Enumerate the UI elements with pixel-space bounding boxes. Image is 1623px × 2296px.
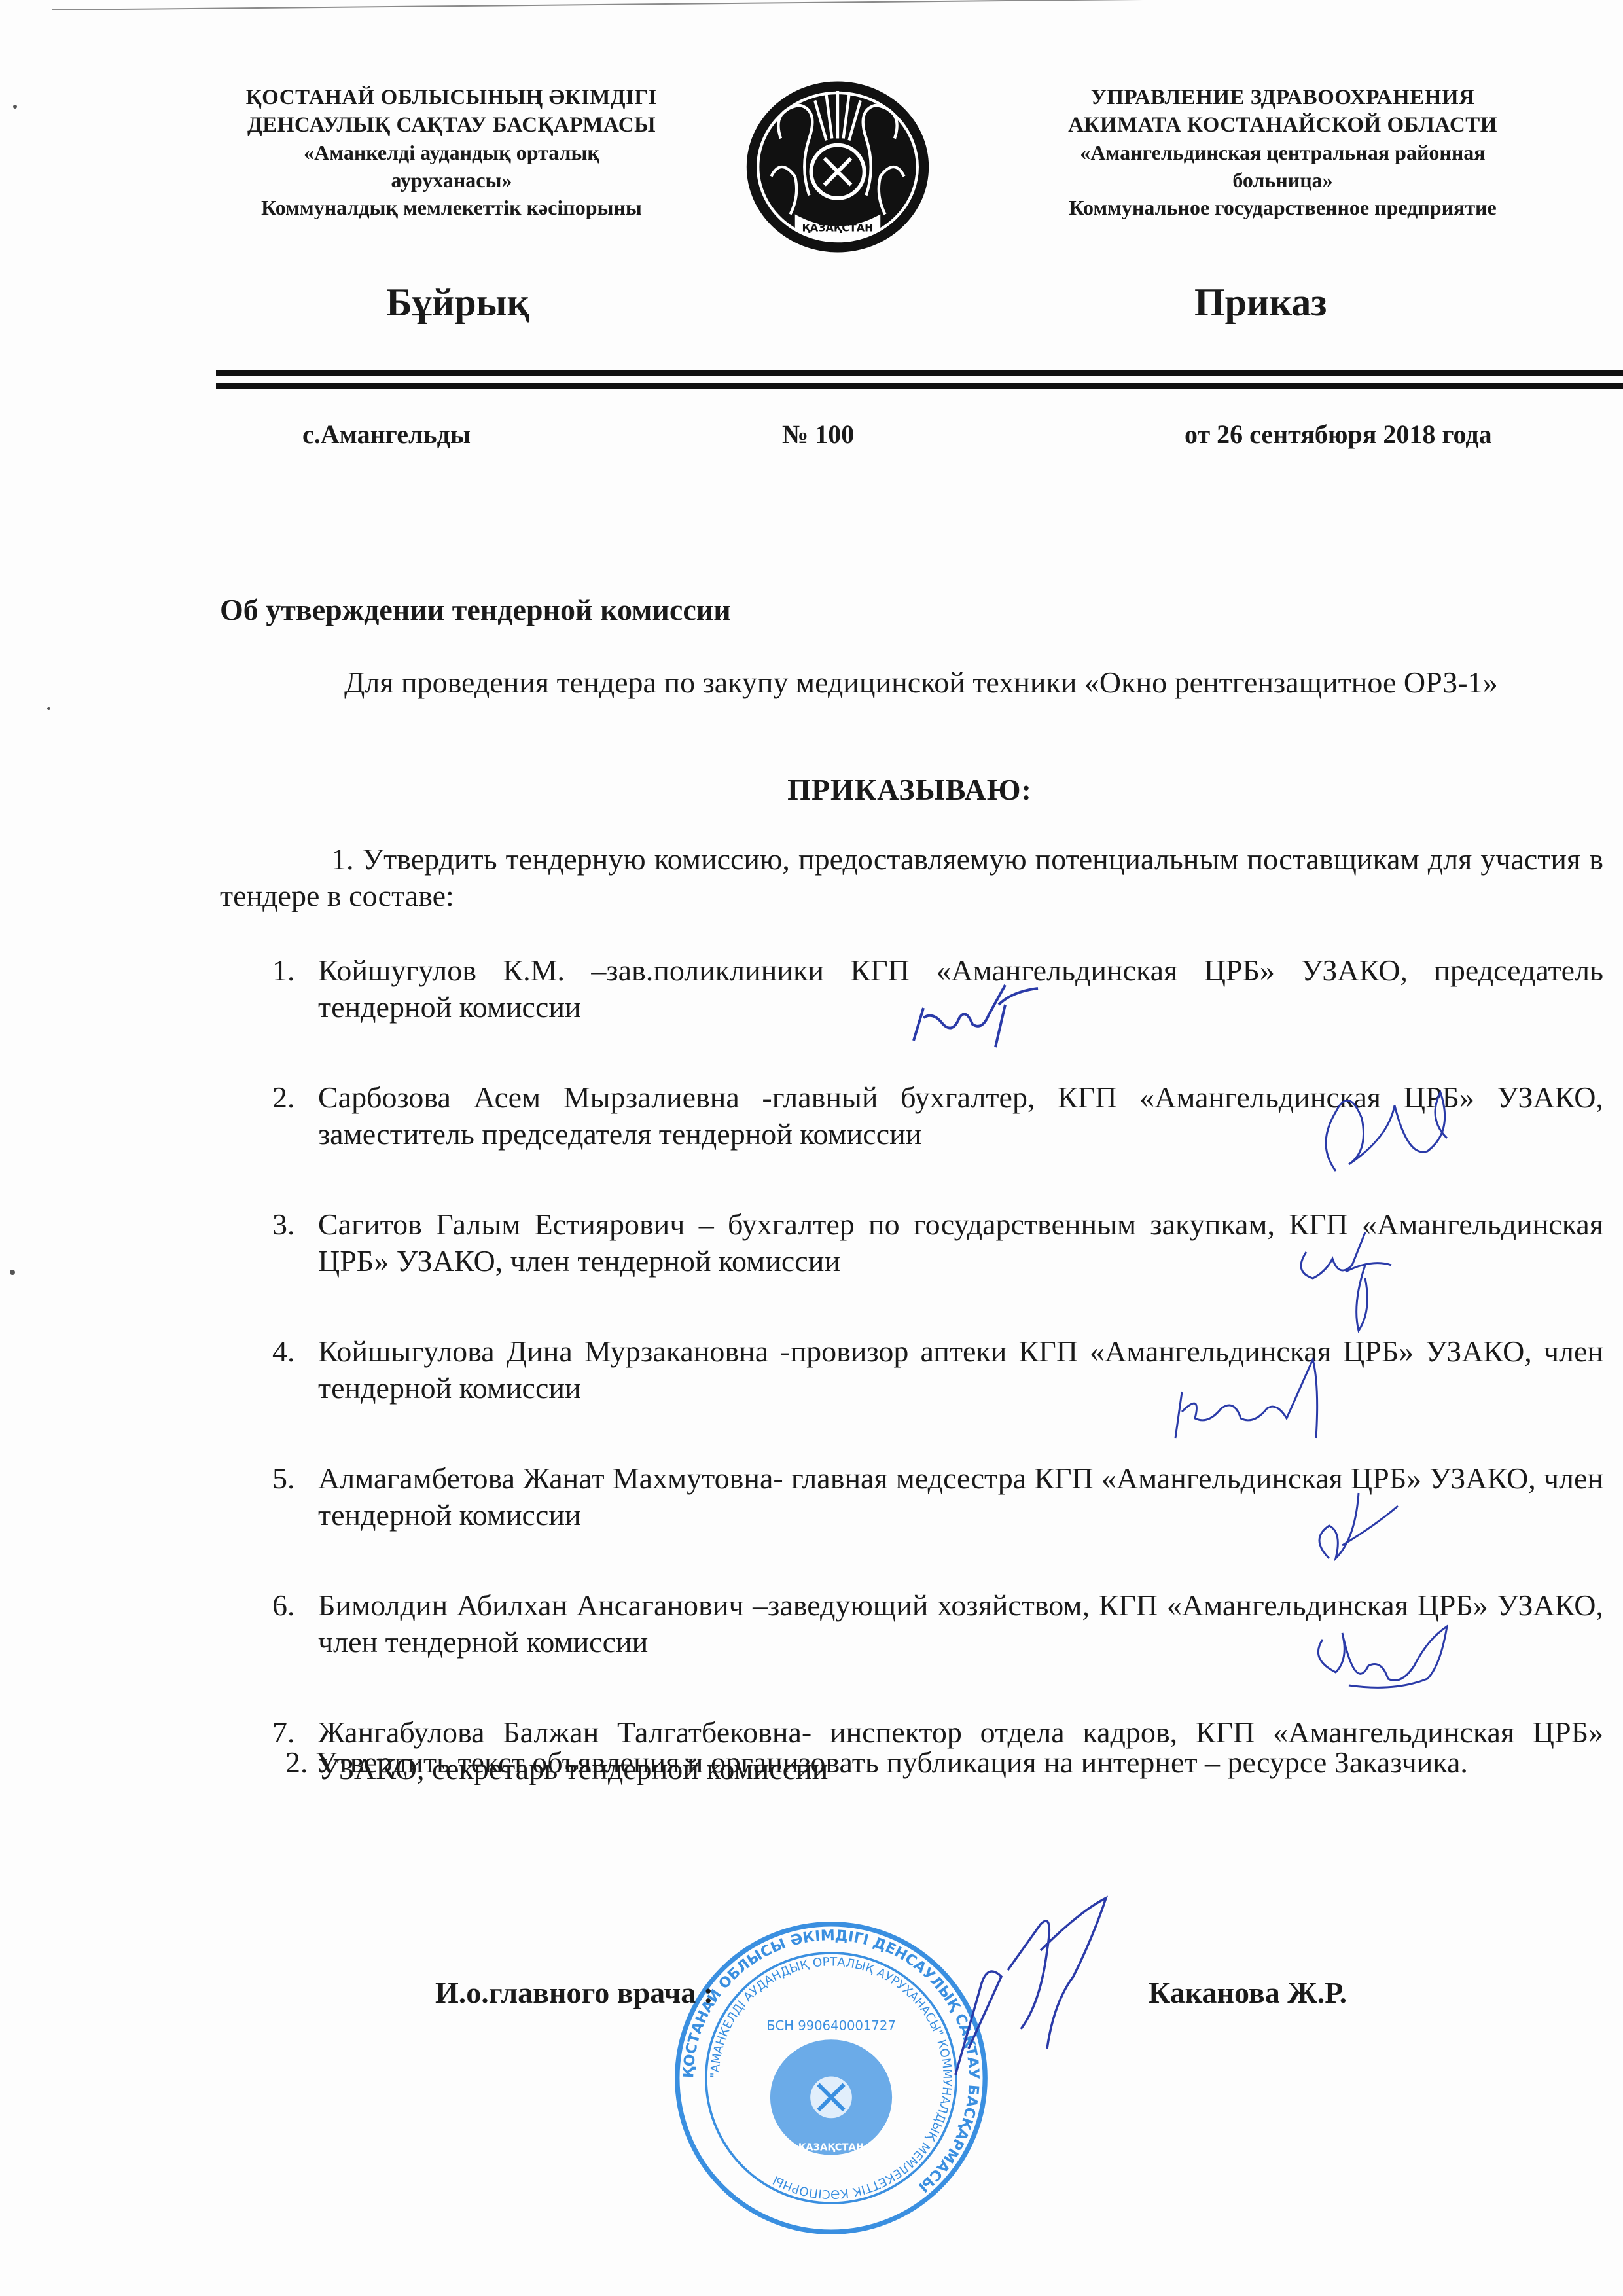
scan-speck [47,707,50,710]
member-text: Сагитов Галым Естиярович – бухгалтер по … [318,1208,1603,1278]
stamp-caption: ҚАЗАҚСТАН [798,2142,864,2153]
member-item: 1. Койшугулов К.М. –зав.поликлиники КГП … [220,952,1603,1026]
preamble-paragraph: Для проведения тендера по закупу медицин… [220,664,1603,701]
header-right-line: УПРАВЛЕНИЕ ЗДРАВООХРАНЕНИЯ [1001,84,1564,111]
title-kazakh: Бұйрық [386,280,529,325]
order-date: от 26 сентябюря 2018 года [1185,419,1492,450]
order-place: с.Амангельды [302,419,471,450]
header-left-line: ҚОСТАНАЙ ОБЛЫСЫНЫҢ ӘКІМДІГІ [216,84,687,111]
member-item: 6. Бимолдин Абилхан Ансаганович –заведую… [220,1587,1603,1660]
handwritten-signature-icon [1310,1613,1460,1698]
header-divider-bottom [216,383,1623,389]
header-right-line: АКИМАТА КОСТАНАЙСКОЙ ОБЛАСТИ [1001,111,1564,139]
member-text: Сарбозова Асем Мырзалиевна -главный бухг… [318,1081,1603,1151]
header-right-line: «Амангельдинская центральная районная [1001,139,1564,166]
member-number: 6. [272,1587,295,1624]
header-divider-top [216,370,1623,376]
signatory-title: И.о.главного врача : [435,1975,713,2010]
member-number: 5. [272,1460,295,1497]
header-left-line: ауруханасы» [216,166,687,194]
member-text: Койшугулов К.М. –зав.поликлиники КГП «Ам… [318,954,1603,1024]
document-page: ҚОСТАНАЙ ОБЛЫСЫНЫҢ ӘКІМДІГІ ДЕНСАУЛЫҚ СА… [0,0,1623,2296]
member-number: 2. [272,1079,295,1116]
member-text: Койшыгулова Дина Мурзакановна -провизор … [318,1335,1603,1405]
scan-edge-line [52,0,1283,10]
member-item: 2. Сарбозова Асем Мырзалиевна -главный б… [220,1079,1603,1153]
header-left-line: Коммуналдық мемлекеттік кәсіпорыны [216,194,687,221]
handwritten-signature-icon [1293,1232,1398,1337]
member-item: 5. Алмагамбетова Жанат Махмутовна- главн… [220,1460,1603,1534]
member-number: 4. [272,1333,295,1370]
member-text: Бимолдин Абилхан Ансаганович –заведующий… [318,1588,1603,1659]
title-russian: Приказ [1194,280,1327,325]
member-number: 1. [272,952,295,989]
header-right-line: Коммунальное государственное предприятие [1001,194,1564,221]
emblem-caption: ҚАЗАҚСТАН [802,222,874,234]
header-right-russian: УПРАВЛЕНИЕ ЗДРАВООХРАНЕНИЯ АКИМАТА КОСТА… [1001,84,1564,221]
commission-members-list: 1. Койшугулов К.М. –зав.поликлиники КГП … [220,952,1603,1841]
order-number: № 100 [782,419,854,450]
handwritten-signature-icon [942,1885,1126,2081]
scan-speck [13,105,17,109]
member-text: Алмагамбетова Жанат Махмутовна- главная … [318,1462,1603,1532]
order-directive: ПРИКАЗЫВАЮ: [0,772,1623,807]
header-left-line: ДЕНСАУЛЫҚ САҚТАУ БАСҚАРМАСЫ [216,111,687,139]
member-item: 3. Сагитов Галым Естиярович – бухгалтер … [220,1206,1603,1280]
signatory-name: Каканова Ж.Р. [1149,1975,1347,2010]
header-left-kazakh: ҚОСТАНАЙ ОБЛЫСЫНЫҢ ӘКІМДІГІ ДЕНСАУЛЫҚ СА… [216,84,687,221]
scan-speck [10,1270,15,1275]
header-left-line: «Аманкелді аудандық орталық [216,139,687,166]
member-item: 4. Койшыгулова Дина Мурзакановна -провиз… [220,1333,1603,1407]
stamp-bin: БСН 990640001727 [766,2018,896,2034]
header-right-line: больница» [1001,166,1564,194]
handwritten-signature-icon [1310,1486,1401,1571]
member-number: 3. [272,1206,295,1243]
kazakhstan-coat-of-arms-icon: ҚАЗАҚСТАН [743,72,933,262]
clause-2: 2. Утвердить текст объявления и организо… [220,1744,1603,1781]
handwritten-signature-icon [907,978,1051,1050]
clause-1: 1. Утвердить тендерную комиссию, предост… [220,841,1603,914]
order-subject: Об утверждении тендерной комиссии [220,592,731,627]
